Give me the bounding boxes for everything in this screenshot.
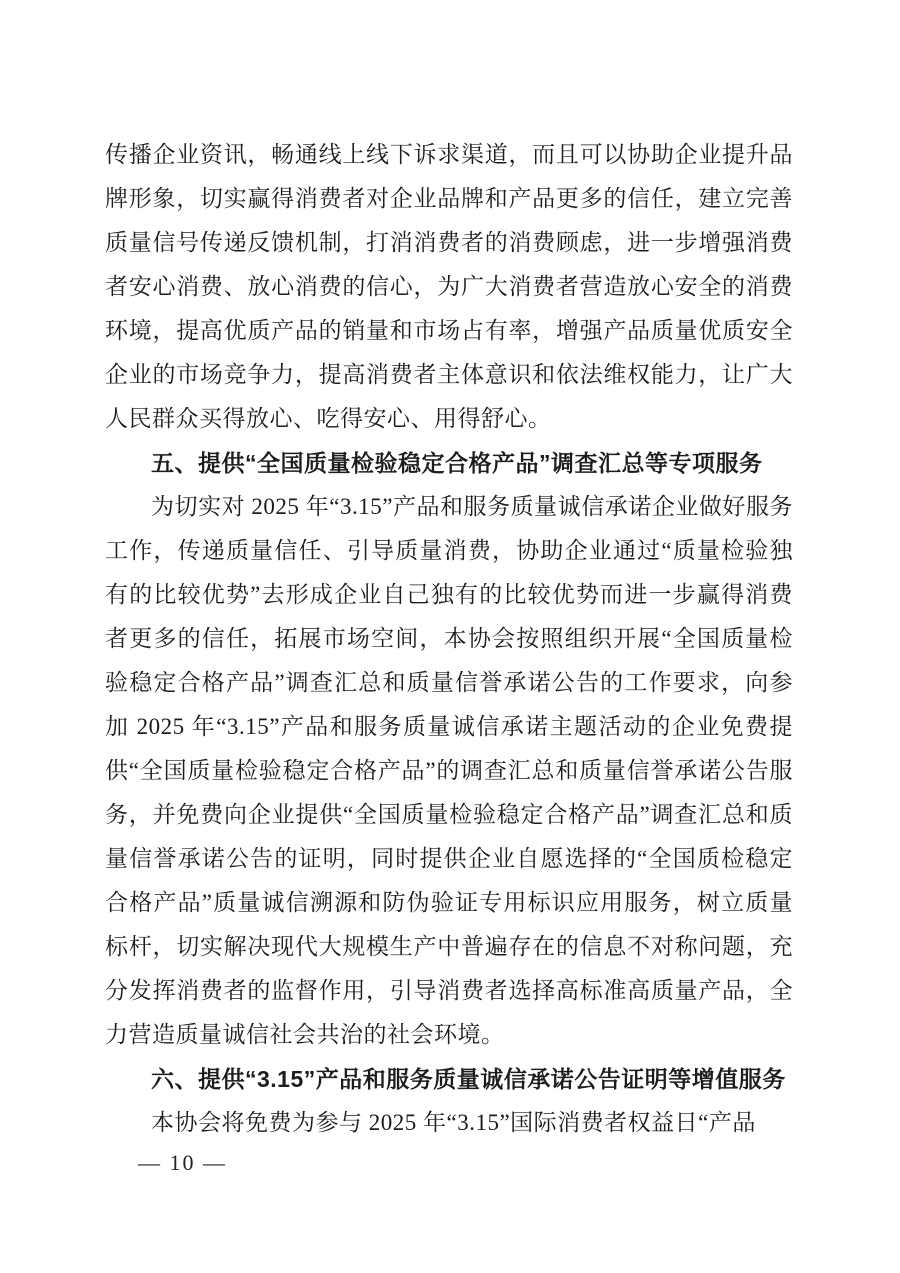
body-paragraph-continuation: 传播企业资讯，畅通线上线下诉求渠道，而且可以协助企业提升品牌形象，切实赢得消费者… — [105, 133, 793, 441]
section-heading-six: 六、提供“3.15”产品和服务质量诚信承诺公告证明等增值服务 — [105, 1057, 793, 1101]
page-footer: — 10 — — [138, 1148, 227, 1178]
page-number: — 10 — — [138, 1150, 227, 1175]
document-body: 传播企业资讯，畅通线上线下诉求渠道，而且可以协助企业提升品牌形象，切实赢得消费者… — [105, 133, 793, 1145]
body-paragraph-section-five: 为切实对 2025 年“3.15”产品和服务质量诚信承诺企业做好服务工作，传递质… — [105, 485, 793, 1057]
section-heading-five: 五、提供“全国质量检验稳定合格产品”调查汇总等专项服务 — [105, 441, 793, 485]
document-page: 传播企业资讯，畅通线上线下诉求渠道，而且可以协助企业提升品牌形象，切实赢得消费者… — [0, 0, 900, 1273]
body-paragraph-section-six: 本协会将免费为参与 2025 年“3.15”国际消费者权益日“产品 — [105, 1101, 793, 1145]
